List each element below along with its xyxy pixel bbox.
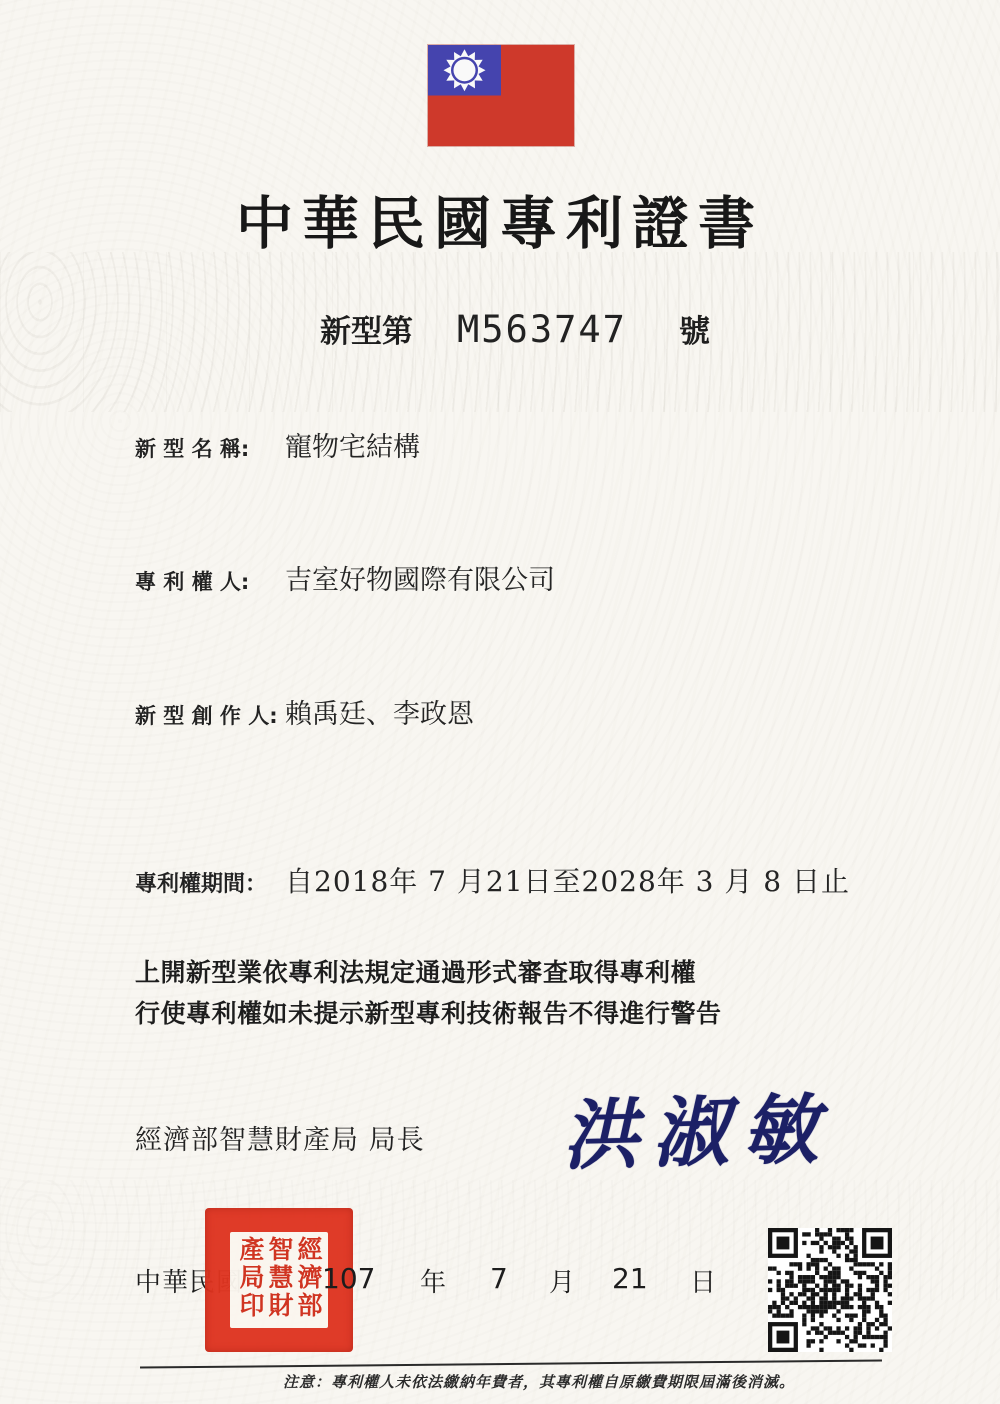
patent-number-prefix: 新型第 — [320, 306, 413, 351]
legal-statement-line1: 上開新型業依專利法規定通過形式審查取得專利權 — [135, 952, 722, 993]
field-creators: 新 型 創 作 人: 賴禹廷、李政恩 — [135, 692, 474, 731]
issuer-office-title: 經濟部智慧財產局 局長 — [135, 1118, 425, 1157]
seal-column-1: 經濟部 — [294, 1236, 322, 1324]
seal-column-3: 產局印 — [236, 1236, 264, 1324]
legal-statements: 上開新型業依專利法規定通過形式審查取得專利權 行使專利權如未提示新型專利技術報告… — [135, 952, 722, 1034]
seal-column-2: 智慧財 — [265, 1236, 293, 1324]
field-label: 新 型 創 作 人: — [135, 700, 285, 730]
date-month-unit: 月 — [549, 1262, 575, 1299]
field-value: 賴禹廷、李政恩 — [285, 692, 474, 731]
field-value: 寵物宅結構 — [285, 425, 420, 464]
field-patentee: 專 利 權 人: 吉室好物國際有限公司 — [135, 558, 555, 597]
field-label: 專 利 權 人: — [135, 566, 285, 596]
field-value: 自2018年 7 月21日至2028年 3 月 8 日止 — [285, 860, 850, 900]
date-month: 7 — [490, 1262, 508, 1295]
patent-number-line: 新型第 M563747 號 — [320, 306, 710, 351]
qr-code — [768, 1228, 892, 1352]
date-day-unit: 日 — [690, 1262, 716, 1299]
date-day: 21 — [612, 1262, 648, 1295]
field-patent-term: 專利權期間： 自2018年 7 月21日至2028年 3 月 8 日止 — [135, 860, 850, 900]
patent-number: M563747 — [457, 308, 627, 351]
field-utility-model-name: 新 型 名 稱: 寵物宅結構 — [135, 425, 420, 464]
roc-flag-icon — [428, 45, 574, 146]
field-value: 吉室好物國際有限公司 — [285, 558, 555, 597]
field-label: 新 型 名 稱: — [135, 433, 285, 463]
legal-statement-line2: 行使專利權如未提示新型專利技術報告不得進行警告 — [135, 993, 722, 1034]
footer-divider — [140, 1359, 882, 1368]
field-label: 專利權期間： — [135, 867, 285, 898]
director-signature: 洪淑敏 — [561, 1068, 834, 1184]
patent-number-suffix: 號 — [679, 306, 710, 351]
official-seal-inner: 經濟部 智慧財 產局印 — [230, 1232, 328, 1328]
certificate-title: 中華民國專利證書 — [0, 178, 1000, 260]
date-year-unit: 年 — [420, 1262, 446, 1299]
date-year: 107 — [322, 1262, 375, 1295]
footer-note: 注意：專利權人未依法繳納年費者，其專利權自原繳費期限屆滿後消滅。 — [283, 1371, 795, 1392]
